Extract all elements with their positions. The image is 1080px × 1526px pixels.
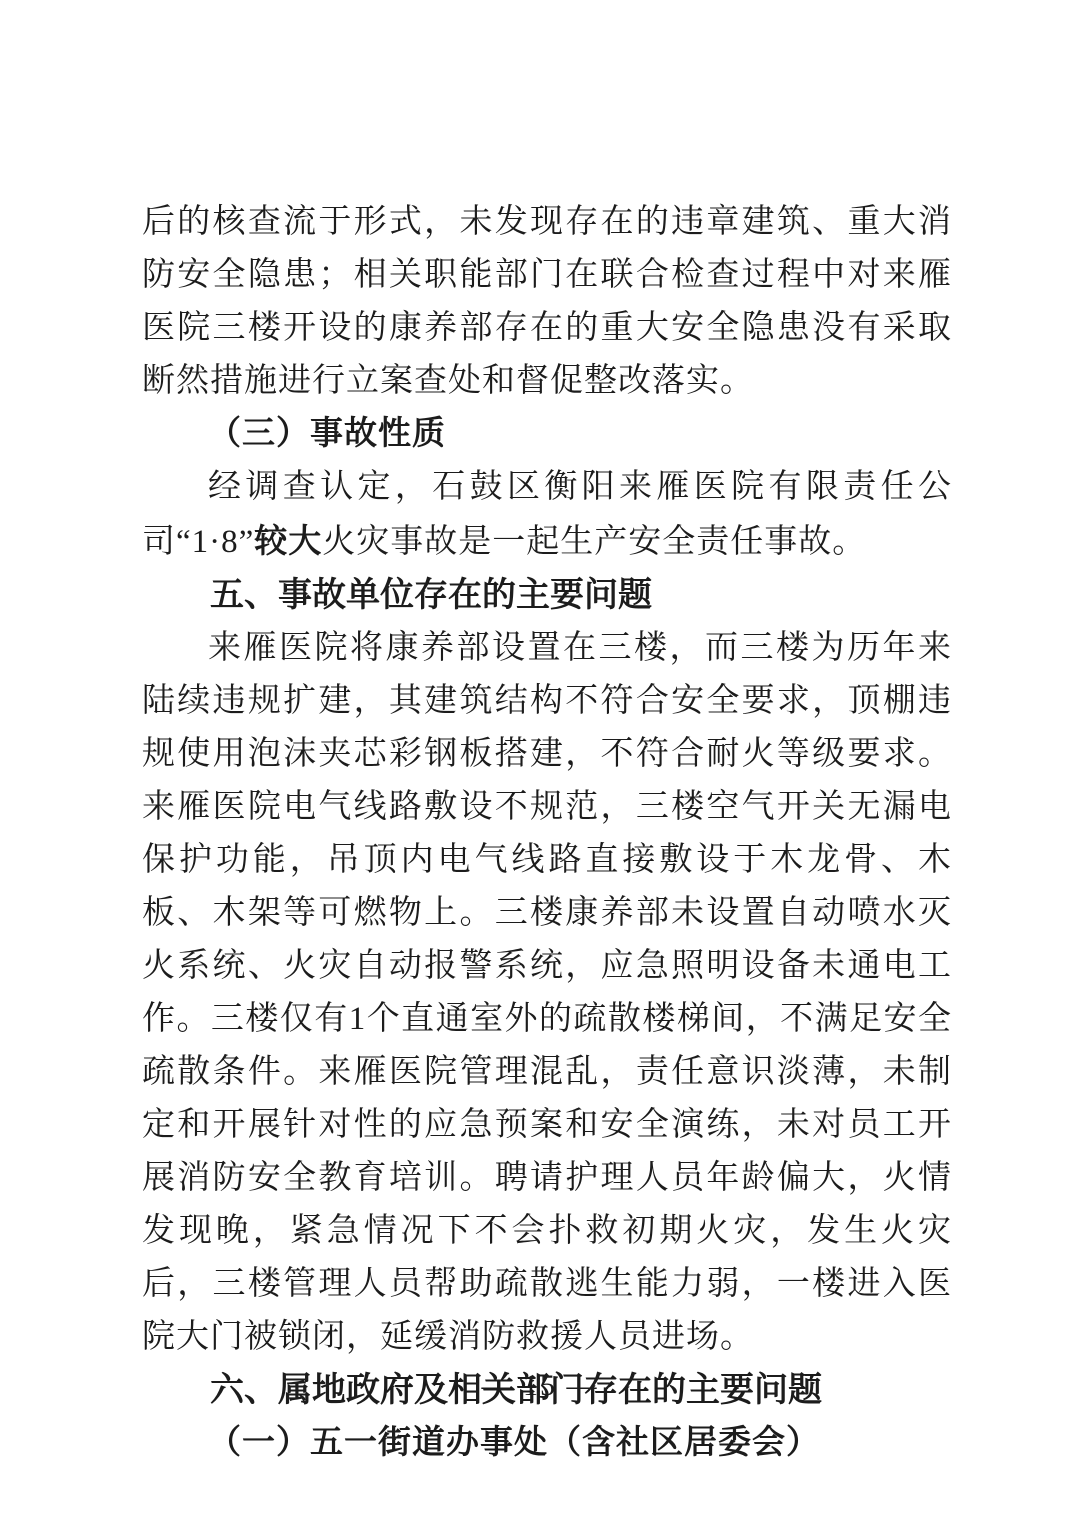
accident-nature-emphasis: 较大 xyxy=(254,522,322,559)
heading-wuyi-subdistrict-office: （一）五一街道办事处（含社区居委会） xyxy=(142,1417,952,1470)
page-number: — 15 — xyxy=(482,1369,599,1402)
paragraph-inspection-followup: 后的核查流于形式，未发现存在的违章建筑、重大消防安全隐患；相关职能部门在联合检查… xyxy=(142,196,952,408)
heading-section-five-unit-problems: 五、事故单位存在的主要问题 xyxy=(142,569,952,622)
page-body: 后的核查流于形式，未发现存在的违章建筑、重大消防安全隐患；相关职能部门在联合检查… xyxy=(142,196,952,1470)
document-page: 后的核查流于形式，未发现存在的违章建筑、重大消防安全隐患；相关职能部门在联合检查… xyxy=(0,0,1080,1526)
heading-accident-nature: （三）事故性质 xyxy=(142,408,952,461)
paragraph-accident-nature: 经调查认定，石鼓区衡阳来雁医院有限责任公司“1·8”较大火灾事故是一起生产安全责… xyxy=(142,461,952,569)
accident-nature-text-suffix: 火灾事故是一起生产安全责任事故。 xyxy=(322,524,866,560)
page-footer: — 15 — xyxy=(0,1366,1080,1406)
paragraph-unit-problems: 来雁医院将康养部设置在三楼，而三楼为历年来陆续违规扩建，其建筑结构不符合安全要求… xyxy=(142,622,952,1364)
